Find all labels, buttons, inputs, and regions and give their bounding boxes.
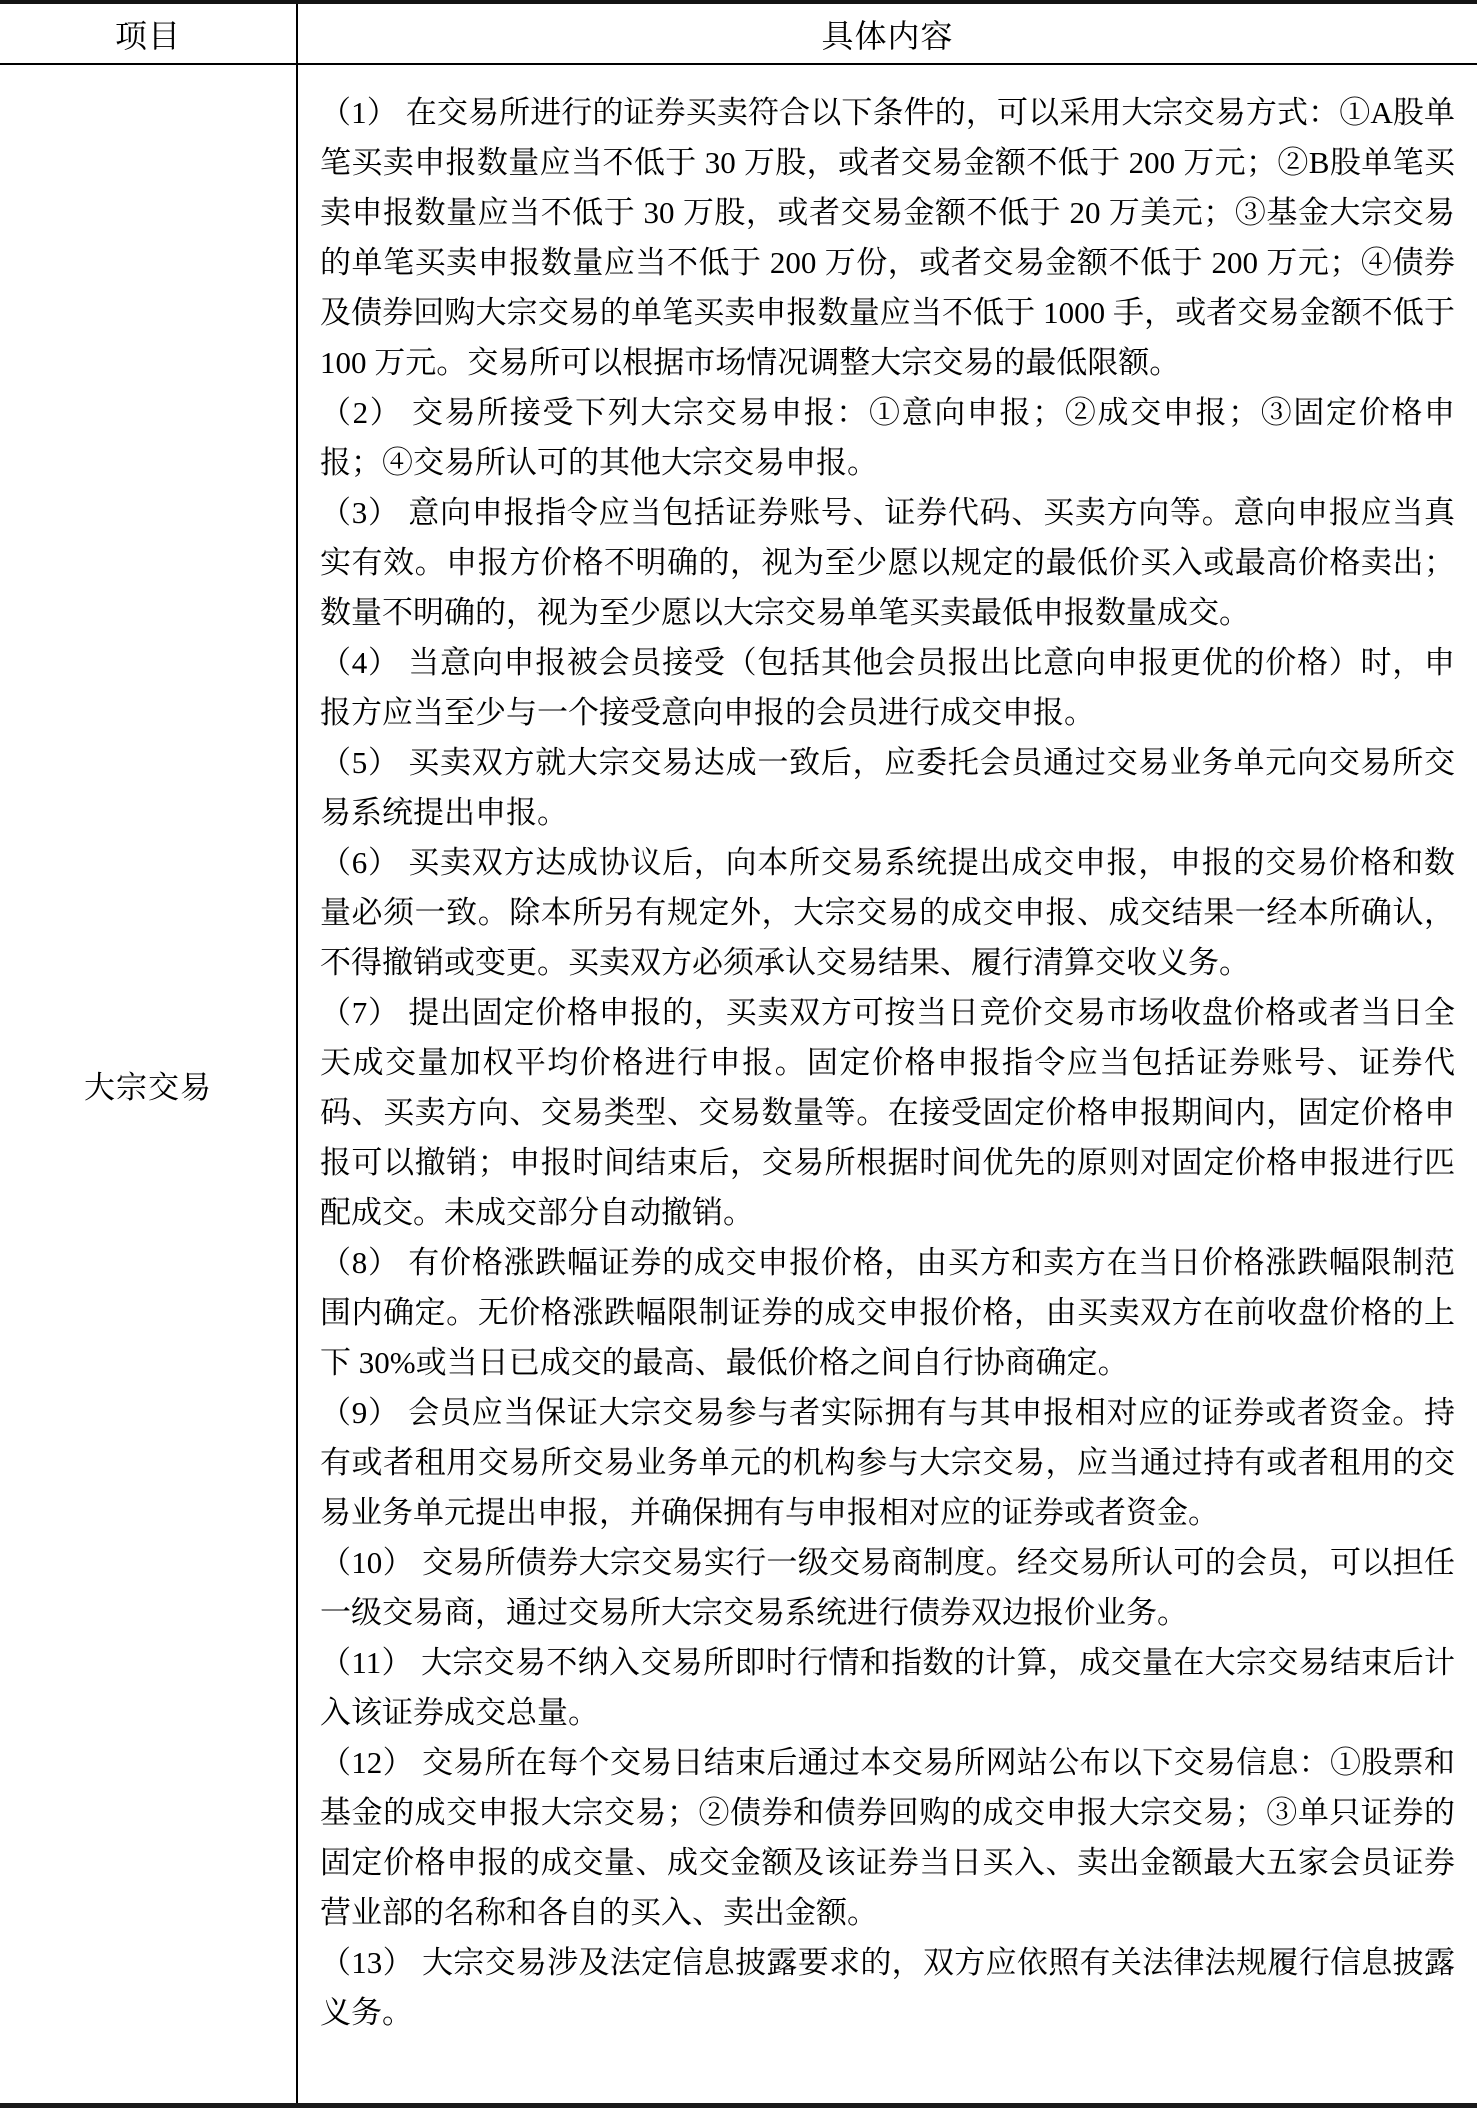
paragraph-10: （10） 交易所债券大宗交易实行一级交易商制度。经交易所认可的会员，可以担任一级… (320, 1538, 1455, 1638)
paragraph-9: （9） 会员应当保证大宗交易参与者实际拥有与其申报相对应的证券或者资金。持有或者… (320, 1388, 1455, 1538)
paragraph-2: （2） 交易所接受下列大宗交易申报：①意向申报；②成交申报；③固定价格申报；④交… (320, 388, 1455, 488)
paragraph-7: （7） 提出固定价格申报的，买卖双方可按当日竞价交易市场收盘价格或者当日全天成交… (320, 988, 1455, 1238)
paragraph-6: （6） 买卖双方达成协议后，向本所交易系统提出成交申报，申报的交易价格和数量必须… (320, 838, 1455, 988)
content-table: 项目 具体内容 大宗交易 （1） 在交易所进行的证券买卖符合以下条件的，可以采用… (0, 0, 1477, 2108)
paragraph-3: （3） 意向申报指令应当包括证券账号、证券代码、买卖方向等。意向申报应当真实有效… (320, 488, 1455, 638)
header-cell-item: 项目 (0, 4, 298, 63)
item-label: 大宗交易 (84, 1062, 212, 1107)
header-label-item: 项目 (115, 11, 181, 57)
paragraph-4: （4） 当意向申报被会员接受（包括其他会员报出比意向申报更优的价格）时，申报方应… (320, 638, 1455, 738)
content-cell: （1） 在交易所进行的证券买卖符合以下条件的，可以采用大宗交易方式：①A股单笔买… (298, 65, 1477, 2103)
header-cell-content: 具体内容 (298, 4, 1477, 63)
paragraph-12: （12） 交易所在每个交易日结束后通过本交易所网站公布以下交易信息：①股票和基金… (320, 1738, 1455, 1938)
paragraph-11: （11） 大宗交易不纳入交易所即时行情和指数的计算，成交量在大宗交易结束后计入该… (320, 1638, 1455, 1738)
table-header-row: 项目 具体内容 (0, 4, 1477, 65)
item-cell: 大宗交易 (0, 65, 298, 2103)
paragraph-1: （1） 在交易所进行的证券买卖符合以下条件的，可以采用大宗交易方式：①A股单笔买… (320, 88, 1455, 388)
paragraph-5: （5） 买卖双方就大宗交易达成一致后，应委托会员通过交易业务单元向交易所交易系统… (320, 738, 1455, 838)
header-label-content: 具体内容 (821, 11, 953, 57)
paragraph-13: （13） 大宗交易涉及法定信息披露要求的，双方应依照有关法律法规履行信息披露义务… (320, 1938, 1455, 2038)
table-body-row: 大宗交易 （1） 在交易所进行的证券买卖符合以下条件的，可以采用大宗交易方式：①… (0, 65, 1477, 2103)
paragraph-8: （8） 有价格涨跌幅证券的成交申报价格，由买方和卖方在当日价格涨跌幅限制范围内确… (320, 1238, 1455, 1388)
